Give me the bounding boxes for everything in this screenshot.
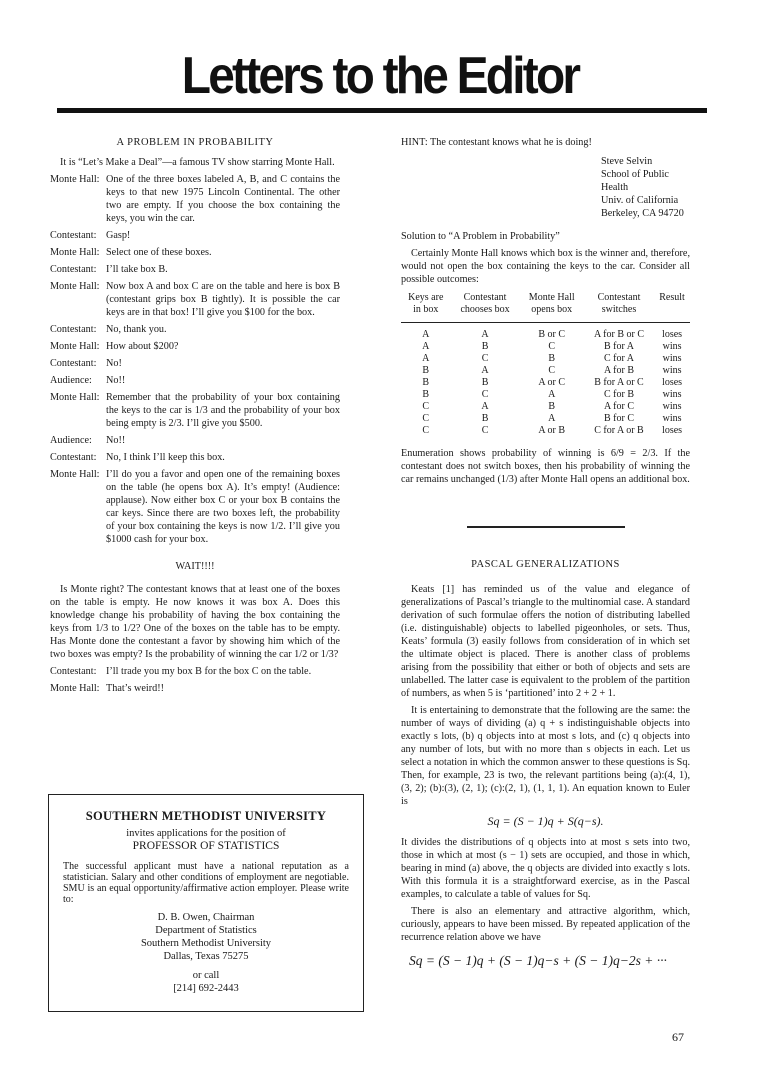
speaker-label: Monte Hall:	[50, 391, 106, 430]
header-line-2: switches	[584, 304, 654, 316]
table-cell: A or C	[520, 377, 584, 389]
dialogue-line: Contestant:I’ll take box B.	[50, 263, 340, 276]
dialogue-line: Monte Hall:Now box A and box C are on th…	[50, 280, 340, 319]
table-cell: A	[401, 323, 451, 342]
table-cell: A	[520, 413, 584, 425]
section-separator	[467, 526, 625, 528]
wait-exclamation: WAIT!!!!	[50, 560, 340, 573]
dialogue-line: Monte Hall:Select one of these boxes.	[50, 246, 340, 259]
solution-intro: Certainly Monte Hall knows which box is …	[401, 247, 690, 286]
ad-contact-3: Southern Methodist University	[49, 937, 363, 950]
header-line-2: in box	[401, 304, 451, 316]
dialogue-line: Monte Hall:How about $200?	[50, 340, 340, 353]
table-row: BCAC for Bwins	[401, 389, 690, 401]
dialogue-line: Monte Hall:That’s weird!!	[50, 682, 340, 695]
header-line-1: Result	[654, 292, 690, 304]
ad-or-call: or call	[49, 969, 363, 982]
speaker-line: Now box A and box C are on the table and…	[106, 280, 340, 319]
table-cell: C for A	[584, 353, 654, 365]
speaker-line: No!	[106, 357, 340, 370]
author-affiliation-1: School of Public Health	[601, 168, 690, 194]
table-row: BACA for Bwins	[401, 365, 690, 377]
pascal-paragraph-2: It is entertaining to demonstrate that t…	[401, 704, 690, 808]
dialogue-line: Contestant:Gasp!	[50, 229, 340, 242]
speaker-line: I’ll trade you my box B for the box C on…	[106, 665, 340, 678]
ad-institution: SOUTHERN METHODIST UNIVERSITY	[49, 809, 363, 824]
table-body: AAB or CA for B or ClosesABCB for AwinsA…	[401, 323, 690, 438]
speaker-label: Contestant:	[50, 229, 106, 242]
table-cell: A for B or C	[584, 323, 654, 342]
table-cell: B	[451, 341, 520, 353]
table-cell: A	[451, 401, 520, 413]
table-header-row: Keys arein boxContestantchooses boxMonte…	[401, 292, 690, 323]
dialogue-line: Contestant:No, thank you.	[50, 323, 340, 336]
header-line-1: Monte Hall	[520, 292, 584, 304]
ad-phone: [214] 692-2443	[49, 982, 363, 995]
speaker-line: No, I think I’ll keep this box.	[106, 451, 340, 464]
table-cell: wins	[654, 389, 690, 401]
outcomes-table: Keys arein boxContestantchooses boxMonte…	[401, 292, 690, 437]
recurrence-equation: Sq = (S − 1)q + (S − 1)q−s + (S − 1)q−2s…	[409, 954, 690, 967]
speaker-label: Monte Hall:	[50, 340, 106, 353]
table-cell: B	[520, 401, 584, 413]
table-header-cell: Contestantchooses box	[451, 292, 520, 323]
header-line-2: opens box	[520, 304, 584, 316]
dialogue-line: Contestant:No, I think I’ll keep this bo…	[50, 451, 340, 464]
speaker-line: No!!	[106, 434, 340, 447]
dialogue-line: Monte Hall:I’ll do you a favor and open …	[50, 468, 340, 546]
job-advertisement: SOUTHERN METHODIST UNIVERSITY invites ap…	[48, 794, 364, 1012]
enumeration-text: Enumeration shows probability of winning…	[401, 447, 690, 486]
speaker-label: Audience:	[50, 434, 106, 447]
left-column: A PROBLEM IN PROBABILITY It is “Let’s Ma…	[50, 136, 340, 699]
table-row: CABA for Cwins	[401, 401, 690, 413]
table-header-cell: Keys arein box	[401, 292, 451, 323]
table-cell: B	[451, 413, 520, 425]
speaker-label: Contestant:	[50, 357, 106, 370]
table-cell: B or C	[520, 323, 584, 342]
speaker-label: Contestant:	[50, 665, 106, 678]
speaker-line: That’s weird!!	[106, 682, 340, 695]
table-row: AAB or CA for B or Closes	[401, 323, 690, 342]
header-line-1: Keys are	[401, 292, 451, 304]
speaker-line: Remember that the probability of your bo…	[106, 391, 340, 430]
table-cell: B for A	[584, 341, 654, 353]
hint: HINT: The contestant knows what he is do…	[401, 136, 690, 149]
author-name: Steve Selvin	[601, 155, 690, 168]
speaker-label: Audience:	[50, 374, 106, 387]
author-signature: Steve Selvin School of Public Health Uni…	[601, 155, 690, 220]
ad-contact-4: Dallas, Texas 75275	[49, 950, 363, 963]
header-line-1: Contestant	[451, 292, 520, 304]
speaker-line: Gasp!	[106, 229, 340, 242]
table-cell: A	[451, 365, 520, 377]
table-row: ABCB for Awins	[401, 341, 690, 353]
table-cell: C	[520, 341, 584, 353]
table-cell: C	[520, 365, 584, 377]
speaker-label: Contestant:	[50, 263, 106, 276]
table-cell: loses	[654, 377, 690, 389]
speaker-label: Monte Hall:	[50, 173, 106, 225]
table-cell: B	[401, 389, 451, 401]
header-line-2	[654, 304, 690, 316]
table-cell: C	[451, 425, 520, 437]
dialogue-line: Monte Hall:One of the three boxes labele…	[50, 173, 340, 225]
pascal-paragraph-1: Keats [1] has reminded us of the value a…	[401, 583, 690, 700]
speaker-label: Contestant:	[50, 451, 106, 464]
table-cell: A or B	[520, 425, 584, 437]
problem-heading: A PROBLEM IN PROBABILITY	[50, 136, 340, 149]
table-cell: C for A or B	[584, 425, 654, 437]
table-cell: B	[401, 365, 451, 377]
table-cell: B for A or C	[584, 377, 654, 389]
speaker-label: Monte Hall:	[50, 280, 106, 319]
dialogue-line: Contestant:I’ll trade you my box B for t…	[50, 665, 340, 678]
speaker-line: How about $200?	[106, 340, 340, 353]
table-row: BBA or CB for A or Closes	[401, 377, 690, 389]
table-cell: B	[520, 353, 584, 365]
table-cell: B	[451, 377, 520, 389]
ad-position: PROFESSOR OF STATISTICS	[49, 840, 363, 853]
solution-title: Solution to “A Problem in Probability”	[401, 230, 690, 243]
speaker-line: I’ll take box B.	[106, 263, 340, 276]
table-header-cell: Monte Hallopens box	[520, 292, 584, 323]
table-header-cell: Result	[654, 292, 690, 323]
pascal-paragraph-3: It divides the distributions of q object…	[401, 836, 690, 901]
speaker-line: Select one of these boxes.	[106, 246, 340, 259]
table-cell: C	[401, 413, 451, 425]
table-cell: B	[401, 377, 451, 389]
closing-dialogue: Contestant:I’ll trade you my box B for t…	[50, 665, 340, 695]
table-cell: wins	[654, 353, 690, 365]
title-rule	[57, 108, 707, 113]
table-row: CCA or BC for A or Bloses	[401, 425, 690, 437]
problem-question: Is Monte right? The contestant knows tha…	[50, 583, 340, 661]
page-number: 67	[672, 1030, 684, 1045]
table-cell: C	[451, 353, 520, 365]
table-cell: A	[401, 341, 451, 353]
header-line-2: chooses box	[451, 304, 520, 316]
right-column: HINT: The contestant knows what he is do…	[401, 136, 690, 967]
speaker-label: Monte Hall:	[50, 246, 106, 259]
table-cell: loses	[654, 323, 690, 342]
author-affiliation-2: Univ. of California	[601, 194, 690, 207]
speaker-line: One of the three boxes labeled A, B, and…	[106, 173, 340, 225]
speaker-line: I’ll do you a favor and open one of the …	[106, 468, 340, 546]
ad-body: The successful applicant must have a nat…	[63, 861, 349, 905]
table-cell: A for C	[584, 401, 654, 413]
table-cell: wins	[654, 413, 690, 425]
author-address: Berkeley, CA 94720	[601, 207, 690, 220]
table-cell: A	[520, 389, 584, 401]
pascal-heading: PASCAL GENERALIZATIONS	[401, 558, 690, 571]
page-title: Letters to the Editor	[30, 48, 729, 104]
table-cell: C for B	[584, 389, 654, 401]
table-cell: A for B	[584, 365, 654, 377]
dialogue-line: Audience:No!!	[50, 434, 340, 447]
speaker-label: Monte Hall:	[50, 468, 106, 546]
speaker-label: Contestant:	[50, 323, 106, 336]
ad-contact-1: D. B. Owen, Chairman	[49, 911, 363, 924]
pascal-paragraph-4: There is also an elementary and attracti…	[401, 905, 690, 944]
table-cell: C	[401, 401, 451, 413]
ad-invites: invites applications for the position of	[49, 827, 363, 840]
dialogue-line: Audience:No!!	[50, 374, 340, 387]
table-header-cell: Contestantswitches	[584, 292, 654, 323]
table-row: CBAB for Cwins	[401, 413, 690, 425]
table-cell: wins	[654, 401, 690, 413]
header-line-1: Contestant	[584, 292, 654, 304]
dialogue-line: Monte Hall:Remember that the probability…	[50, 391, 340, 430]
table-cell: wins	[654, 341, 690, 353]
euler-equation: Sq = (S − 1)q + S(q−s).	[401, 815, 690, 828]
table-cell: C	[451, 389, 520, 401]
speaker-label: Monte Hall:	[50, 682, 106, 695]
dialogue: Monte Hall:One of the three boxes labele…	[50, 173, 340, 546]
table-cell: C	[401, 425, 451, 437]
speaker-line: No!!	[106, 374, 340, 387]
table-cell: A	[401, 353, 451, 365]
table-row: ACBC for Awins	[401, 353, 690, 365]
table-cell: A	[451, 323, 520, 342]
dialogue-line: Contestant:No!	[50, 357, 340, 370]
table-cell: wins	[654, 365, 690, 377]
table-cell: B for C	[584, 413, 654, 425]
ad-contact-2: Department of Statistics	[49, 924, 363, 937]
problem-intro: It is “Let’s Make a Deal”—a famous TV sh…	[50, 156, 340, 169]
speaker-line: No, thank you.	[106, 323, 340, 336]
table-cell: loses	[654, 425, 690, 437]
